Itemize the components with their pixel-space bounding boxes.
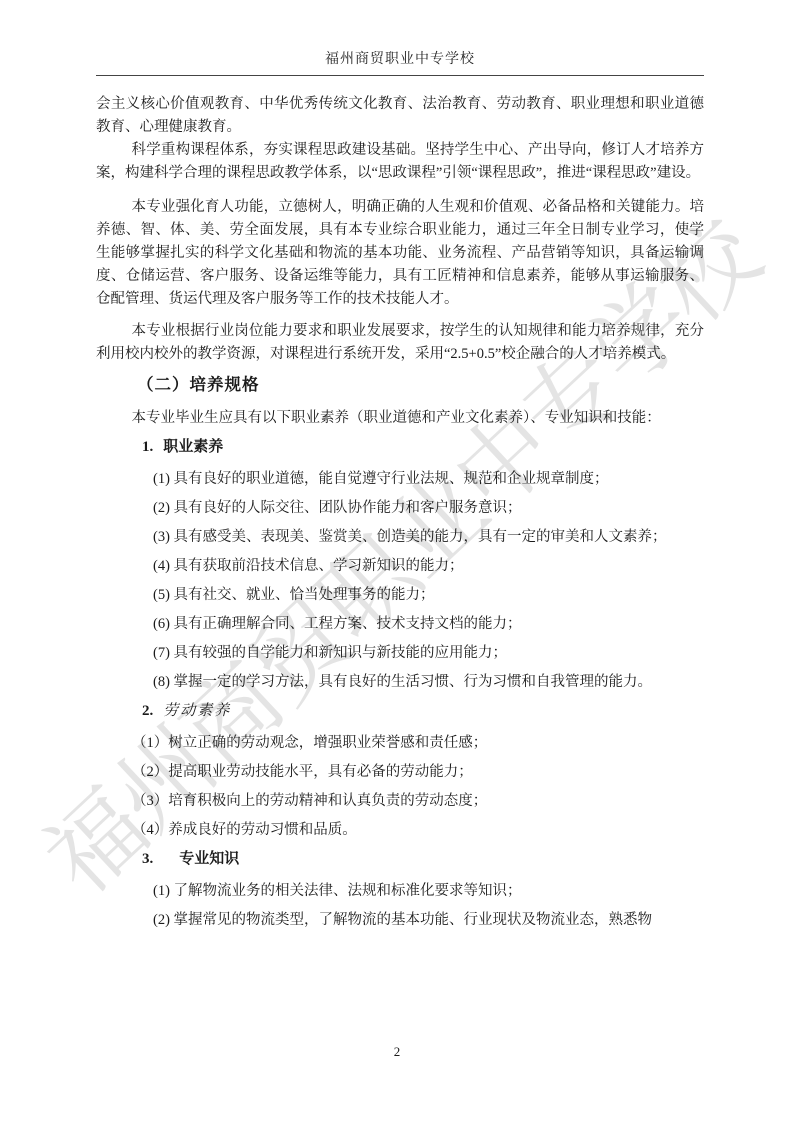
list-item: （1）树立正确的劳动观念，增强职业荣誉感和责任感；	[96, 732, 704, 755]
subheading-title: 专业知识	[179, 851, 239, 867]
subheading-title: 职业素养	[163, 439, 223, 455]
subheading-number: 2.	[142, 703, 153, 719]
paragraph-graduate-requirements: 本专业毕业生应具有以下职业素养（职业道德和产业文化素养）、专业知识和技能：	[96, 407, 704, 430]
page-header: 福州商贸职业中专学校	[96, 48, 704, 76]
paragraph-training-goal: 本专业强化育人功能，立德树人，明确正确的人生观和价值观、必备品格和关键能力。培养…	[96, 196, 704, 311]
list-item: (2) 掌握常见的物流类型，了解物流的基本功能、行业现状及物流业态，熟悉物	[96, 909, 704, 932]
list-item: (4) 具有获取前沿技术信息、学习新知识的能力；	[96, 555, 704, 578]
page-number: 2	[0, 1044, 794, 1060]
heading-training-spec: （二）培养规格	[96, 371, 704, 395]
list-item: (3) 具有感受美、表现美、鉴赏美、创造美的能力，具有一定的审美和人文素养；	[96, 526, 704, 549]
subheading-number: 1.	[142, 439, 153, 455]
list-item: （2）提高职业劳动技能水平，具有必备的劳动能力；	[96, 761, 704, 784]
list-item: (5) 具有社交、就业、恰当处理事务的能力；	[96, 584, 704, 607]
list-item: (1) 了解物流业务的相关法律、法规和标准化要求等知识；	[96, 880, 704, 903]
list-item: (1) 具有良好的职业道德，能自觉遵守行业法规、规范和企业规章制度；	[96, 468, 704, 491]
list-item: (7) 具有较强的自学能力和新知识与新技能的应用能力；	[96, 642, 704, 665]
paragraph-curriculum: 科学重构课程体系，夯实课程思政建设基础。坚持学生中心、产出导向，修订人才培养方案…	[96, 139, 704, 185]
list-item: (8) 掌握一定的学习方法，具有良好的生活习惯、行为习惯和自我管理的能力。	[96, 671, 704, 694]
paragraph-training-mode: 本专业根据行业岗位能力要求和职业发展要求，按学生的认知规律和能力培养规律，充分利…	[96, 320, 704, 366]
header-school-name: 福州商贸职业中专学校	[96, 48, 704, 75]
subheading-title: 劳动素养	[163, 703, 231, 719]
list-item: （4）养成良好的劳动习惯和品质。	[96, 819, 704, 842]
subheading-number: 3.	[142, 851, 153, 867]
paragraph-continuation: 会主义核心价值观教育、中华优秀传统文化教育、法治教育、劳动教育、职业理想和职业道…	[96, 93, 704, 139]
document-page: 福州商贸职业中专学校 福州商贸职业中专学校 会主义核心价值观教育、中华优秀传统文…	[0, 0, 794, 1123]
list-item: （3）培育积极向上的劳动精神和认真负责的劳动态度；	[96, 790, 704, 813]
subheading-professional-quality: 1.职业素养	[96, 436, 704, 459]
subheading-labor-quality: 2.劳动素养	[96, 700, 704, 723]
list-item: (6) 具有正确理解合同、工程方案、技术支持文档的能力；	[96, 613, 704, 636]
subheading-professional-knowledge: 3.专业知识	[96, 848, 704, 871]
list-item: (2) 具有良好的人际交往、团队协作能力和客户服务意识；	[96, 497, 704, 520]
page-content: 福州商贸职业中专学校 会主义核心价值观教育、中华优秀传统文化教育、法治教育、劳动…	[96, 48, 704, 938]
